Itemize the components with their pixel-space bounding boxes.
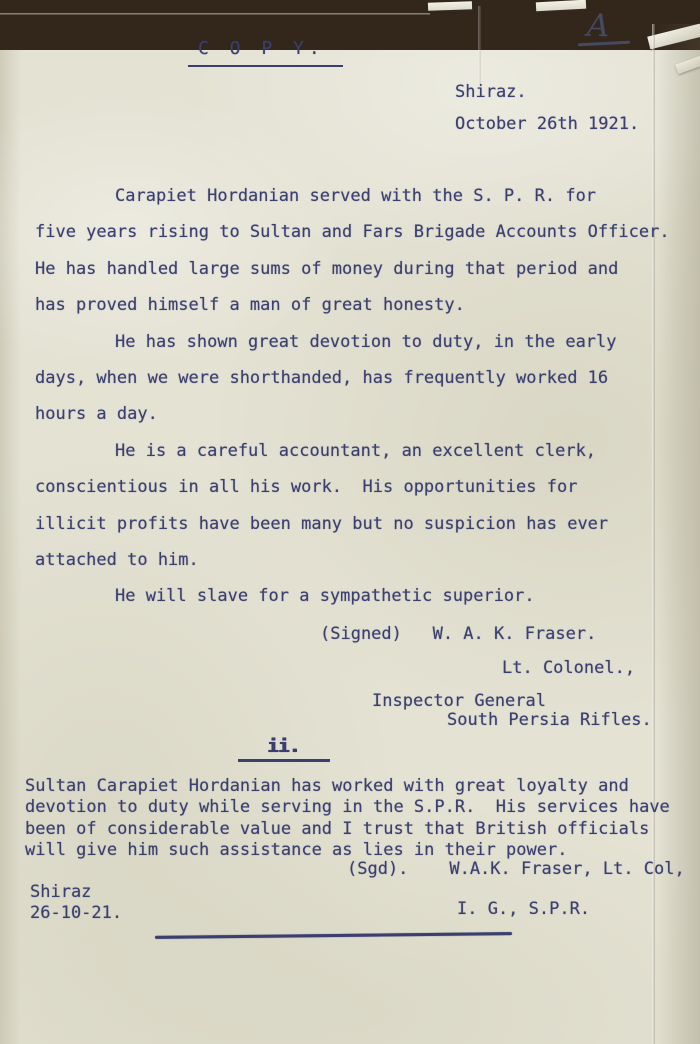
endorsement-paragraph: Sultan Carapiet Hordanian has worked wit…	[25, 776, 697, 862]
footer-place: Shiraz	[30, 882, 91, 902]
body-line: He is a careful accountant, an excellent…	[35, 433, 685, 469]
body-line: hours a day.	[35, 396, 685, 432]
letter-body: Carapiet Hordanian served with the S. P.…	[35, 178, 685, 615]
horizontal-crease	[0, 13, 430, 15]
body-line: five years rising to Sultan and Fars Bri…	[35, 214, 685, 250]
endorsement-line: devotion to duty while serving in the S.…	[25, 797, 697, 818]
letter-place: Shiraz.	[455, 82, 527, 102]
closing-rule	[155, 932, 512, 939]
signature-org: I. G., S.P.R.	[457, 899, 590, 919]
signature-signed-line: (Signed) W. A. K. Fraser.	[320, 624, 596, 644]
endorsement-line: been of considerable value and I trust t…	[25, 819, 697, 840]
body-line: conscientious in all his work. His oppor…	[35, 469, 685, 505]
endorsement-line: Sultan Carapiet Hordanian has worked wit…	[25, 776, 697, 797]
signature-rank: Lt. Colonel.,	[502, 658, 635, 678]
body-line: attached to him.	[35, 542, 685, 578]
signature-title-line2: South Persia Rifles.	[447, 710, 652, 730]
scanned-letter-page: A C O P Y. Shiraz. October 26th 1921. Ca…	[0, 0, 700, 1044]
body-line: illicit profits have been many but no su…	[35, 506, 685, 542]
handwritten-annotation-letter: A	[586, 8, 610, 45]
paper-flap	[428, 1, 472, 11]
body-line: days, when we were shorthanded, has freq…	[35, 360, 685, 396]
small-crease	[478, 6, 481, 86]
section-mark: ii.	[238, 736, 330, 762]
body-line: He will slave for a sympathetic superior…	[35, 578, 685, 614]
body-line: has proved himself a man of great honest…	[35, 287, 685, 323]
body-line: He has shown great devotion to duty, in …	[35, 324, 685, 360]
body-line: He has handled large sums of money durin…	[35, 251, 685, 287]
body-line: Carapiet Hordanian served with the S. P.…	[35, 178, 685, 214]
footer-date: 26-10-21.	[30, 903, 122, 923]
signature-sgd-line: (Sgd). W.A.K. Fraser, Lt. Col,	[347, 859, 685, 879]
letter-date: October 26th 1921.	[455, 114, 639, 134]
signature-title-line1: Inspector General	[372, 691, 546, 711]
copy-heading: C O P Y.	[188, 38, 343, 67]
